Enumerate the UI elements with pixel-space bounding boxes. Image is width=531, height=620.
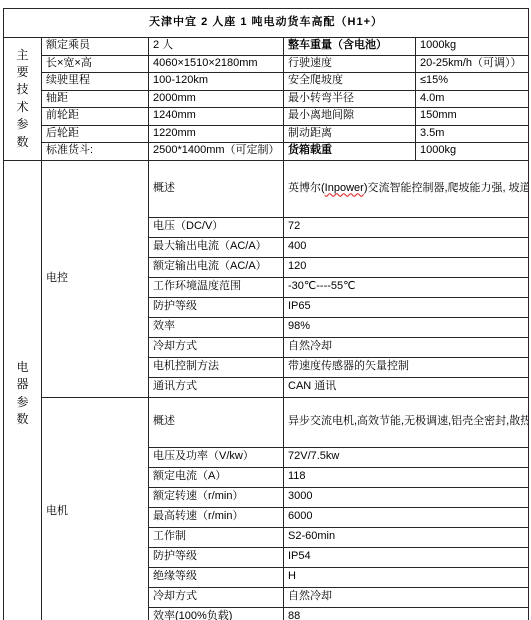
spec-value: 400	[284, 237, 529, 257]
table-row: 主要技术参数 额定乘员 2 人 整车重量（含电池） 1000kg	[4, 38, 529, 56]
spec-value: H	[284, 567, 529, 587]
table-row: 天津中宜 2 人座 1 吨电动货车高配（H1+）	[4, 9, 529, 38]
spec-value: 自然冷却	[284, 337, 529, 357]
table-row: 标准货斗: 2500*1400mm（可定制） 货箱载重 1000kg	[4, 143, 529, 161]
spec-label: 额定输出电流（AC/A）	[149, 257, 284, 277]
spec-label: 冷却方式	[149, 587, 284, 607]
spec-value: 72	[284, 217, 529, 237]
section-label-main: 主要技术参数	[4, 38, 42, 161]
spec-value: 1240mm	[149, 108, 284, 126]
spec-value: IP65	[284, 297, 529, 317]
table-row: 后轮距 1220mm 制动距离 3.5m	[4, 125, 529, 143]
section-label-electrical: 电器参数	[4, 160, 42, 620]
spec-label: 概述	[149, 397, 284, 447]
spec-label: 货箱载重	[284, 143, 416, 161]
spec-label: 轴距	[42, 90, 149, 108]
section-label-electrical-text: 电器参数	[16, 359, 29, 429]
spec-label: 电压（DC/V）	[149, 217, 284, 237]
spec-label: 制动距离	[284, 125, 416, 143]
spec-label: 防护等级	[149, 297, 284, 317]
table-row: 续驶里程 100-120km 安全爬坡度 ≤15%	[4, 73, 529, 91]
spec-value: CAN 通讯	[284, 377, 529, 397]
spec-label: 续驶里程	[42, 73, 149, 91]
spec-label: 防护等级	[149, 547, 284, 567]
doc-title: 天津中宜 2 人座 1 吨电动货车高配（H1+）	[4, 9, 529, 38]
spec-value: 3.5m	[416, 125, 529, 143]
document-page: 天津中宜 2 人座 1 吨电动货车高配（H1+） 主要技术参数 额定乘员 2 人…	[0, 0, 531, 620]
overview-value-controller: 英博尔(Inpower)交流智能控制器,爬坡能力强, 坡道防倒溜,下坡可限速,刹…	[284, 160, 529, 217]
spec-label: 概述	[149, 160, 284, 217]
spec-value: 150mm	[416, 108, 529, 126]
spec-value: 2000mm	[149, 90, 284, 108]
table-row: 前轮距 1240mm 最小离地间隙 150mm	[4, 108, 529, 126]
spec-value: ≤15%	[416, 73, 529, 91]
spec-label: 工作制	[149, 527, 284, 547]
spec-label: 冷却方式	[149, 337, 284, 357]
spec-value: 100-120km	[149, 73, 284, 91]
spec-value: S2-60min	[284, 527, 529, 547]
table-row: 电器参数 电控 概述 英博尔(Inpower)交流智能控制器,爬坡能力强, 坡道…	[4, 160, 529, 217]
subsection-label-controller: 电控	[42, 160, 149, 397]
spec-label: 安全爬坡度	[284, 73, 416, 91]
spec-value: 2500*1400mm（可定制）	[149, 143, 284, 161]
spec-value: 6000	[284, 507, 529, 527]
spec-label: 工作环境温度范围	[149, 277, 284, 297]
spec-value: 72V/7.5kw	[284, 447, 529, 467]
spec-value: 98%	[284, 317, 529, 337]
spec-label: 电压及功率（V/kw）	[149, 447, 284, 467]
spec-table: 天津中宜 2 人座 1 吨电动货车高配（H1+） 主要技术参数 额定乘员 2 人…	[3, 8, 529, 620]
spec-value: 自然冷却	[284, 587, 529, 607]
spec-value: IP54	[284, 547, 529, 567]
spec-label: 最高转速（r/min）	[149, 507, 284, 527]
spec-value: 120	[284, 257, 529, 277]
spec-label: 最大输出电流（AC/A）	[149, 237, 284, 257]
spec-label: 额定转速（r/min）	[149, 487, 284, 507]
table-row: 电机 概述 异步交流电机,高效节能,无极调速,铝壳全密封,散热效果好,输出效率高…	[4, 397, 529, 447]
spec-label: 通讯方式	[149, 377, 284, 397]
table-row: 长×宽×高 4060×1510×2180mm 行驶速度 20-25km/h（可调…	[4, 55, 529, 73]
spec-value: 1220mm	[149, 125, 284, 143]
spec-value: 88	[284, 607, 529, 620]
spec-value: 4.0m	[416, 90, 529, 108]
spec-value: 3000	[284, 487, 529, 507]
spec-label: 额定乘员	[42, 38, 149, 56]
spec-label: 前轮距	[42, 108, 149, 126]
spec-label: 行驶速度	[284, 55, 416, 73]
spec-label: 标准货斗:	[42, 143, 149, 161]
spec-value: 20-25km/h（可调））	[416, 55, 529, 73]
spec-label: 电机控制方法	[149, 357, 284, 377]
spec-value: 1000kg	[416, 38, 529, 56]
table-row: 轴距 2000mm 最小转弯半径 4.0m	[4, 90, 529, 108]
subsection-label-motor: 电机	[42, 397, 149, 620]
section-label-main-text: 主要技术参数	[16, 47, 29, 151]
spec-value: -30℃----55℃	[284, 277, 529, 297]
spec-label: 后轮距	[42, 125, 149, 143]
spec-label: 绝缘等级	[149, 567, 284, 587]
spec-label: 额定电流（A）	[149, 467, 284, 487]
spec-value: 1000kg	[416, 143, 529, 161]
spec-value: 4060×1510×2180mm	[149, 55, 284, 73]
spec-value: 118	[284, 467, 529, 487]
spec-label: 效率	[149, 317, 284, 337]
overview-value-motor: 异步交流电机,高效节能,无极调速,铝壳全密封,散热效果好,输出效率高,过载/爬坡…	[284, 397, 529, 447]
spec-label: 效率(100%负载)	[149, 607, 284, 620]
spec-label: 最小离地间隙	[284, 108, 416, 126]
spec-label: 最小转弯半径	[284, 90, 416, 108]
spec-label: 整车重量（含电池）	[284, 38, 416, 56]
spec-value: 2 人	[149, 38, 284, 56]
spec-label: 长×宽×高	[42, 55, 149, 73]
spec-value: 带速度传感器的矢量控制	[284, 357, 529, 377]
